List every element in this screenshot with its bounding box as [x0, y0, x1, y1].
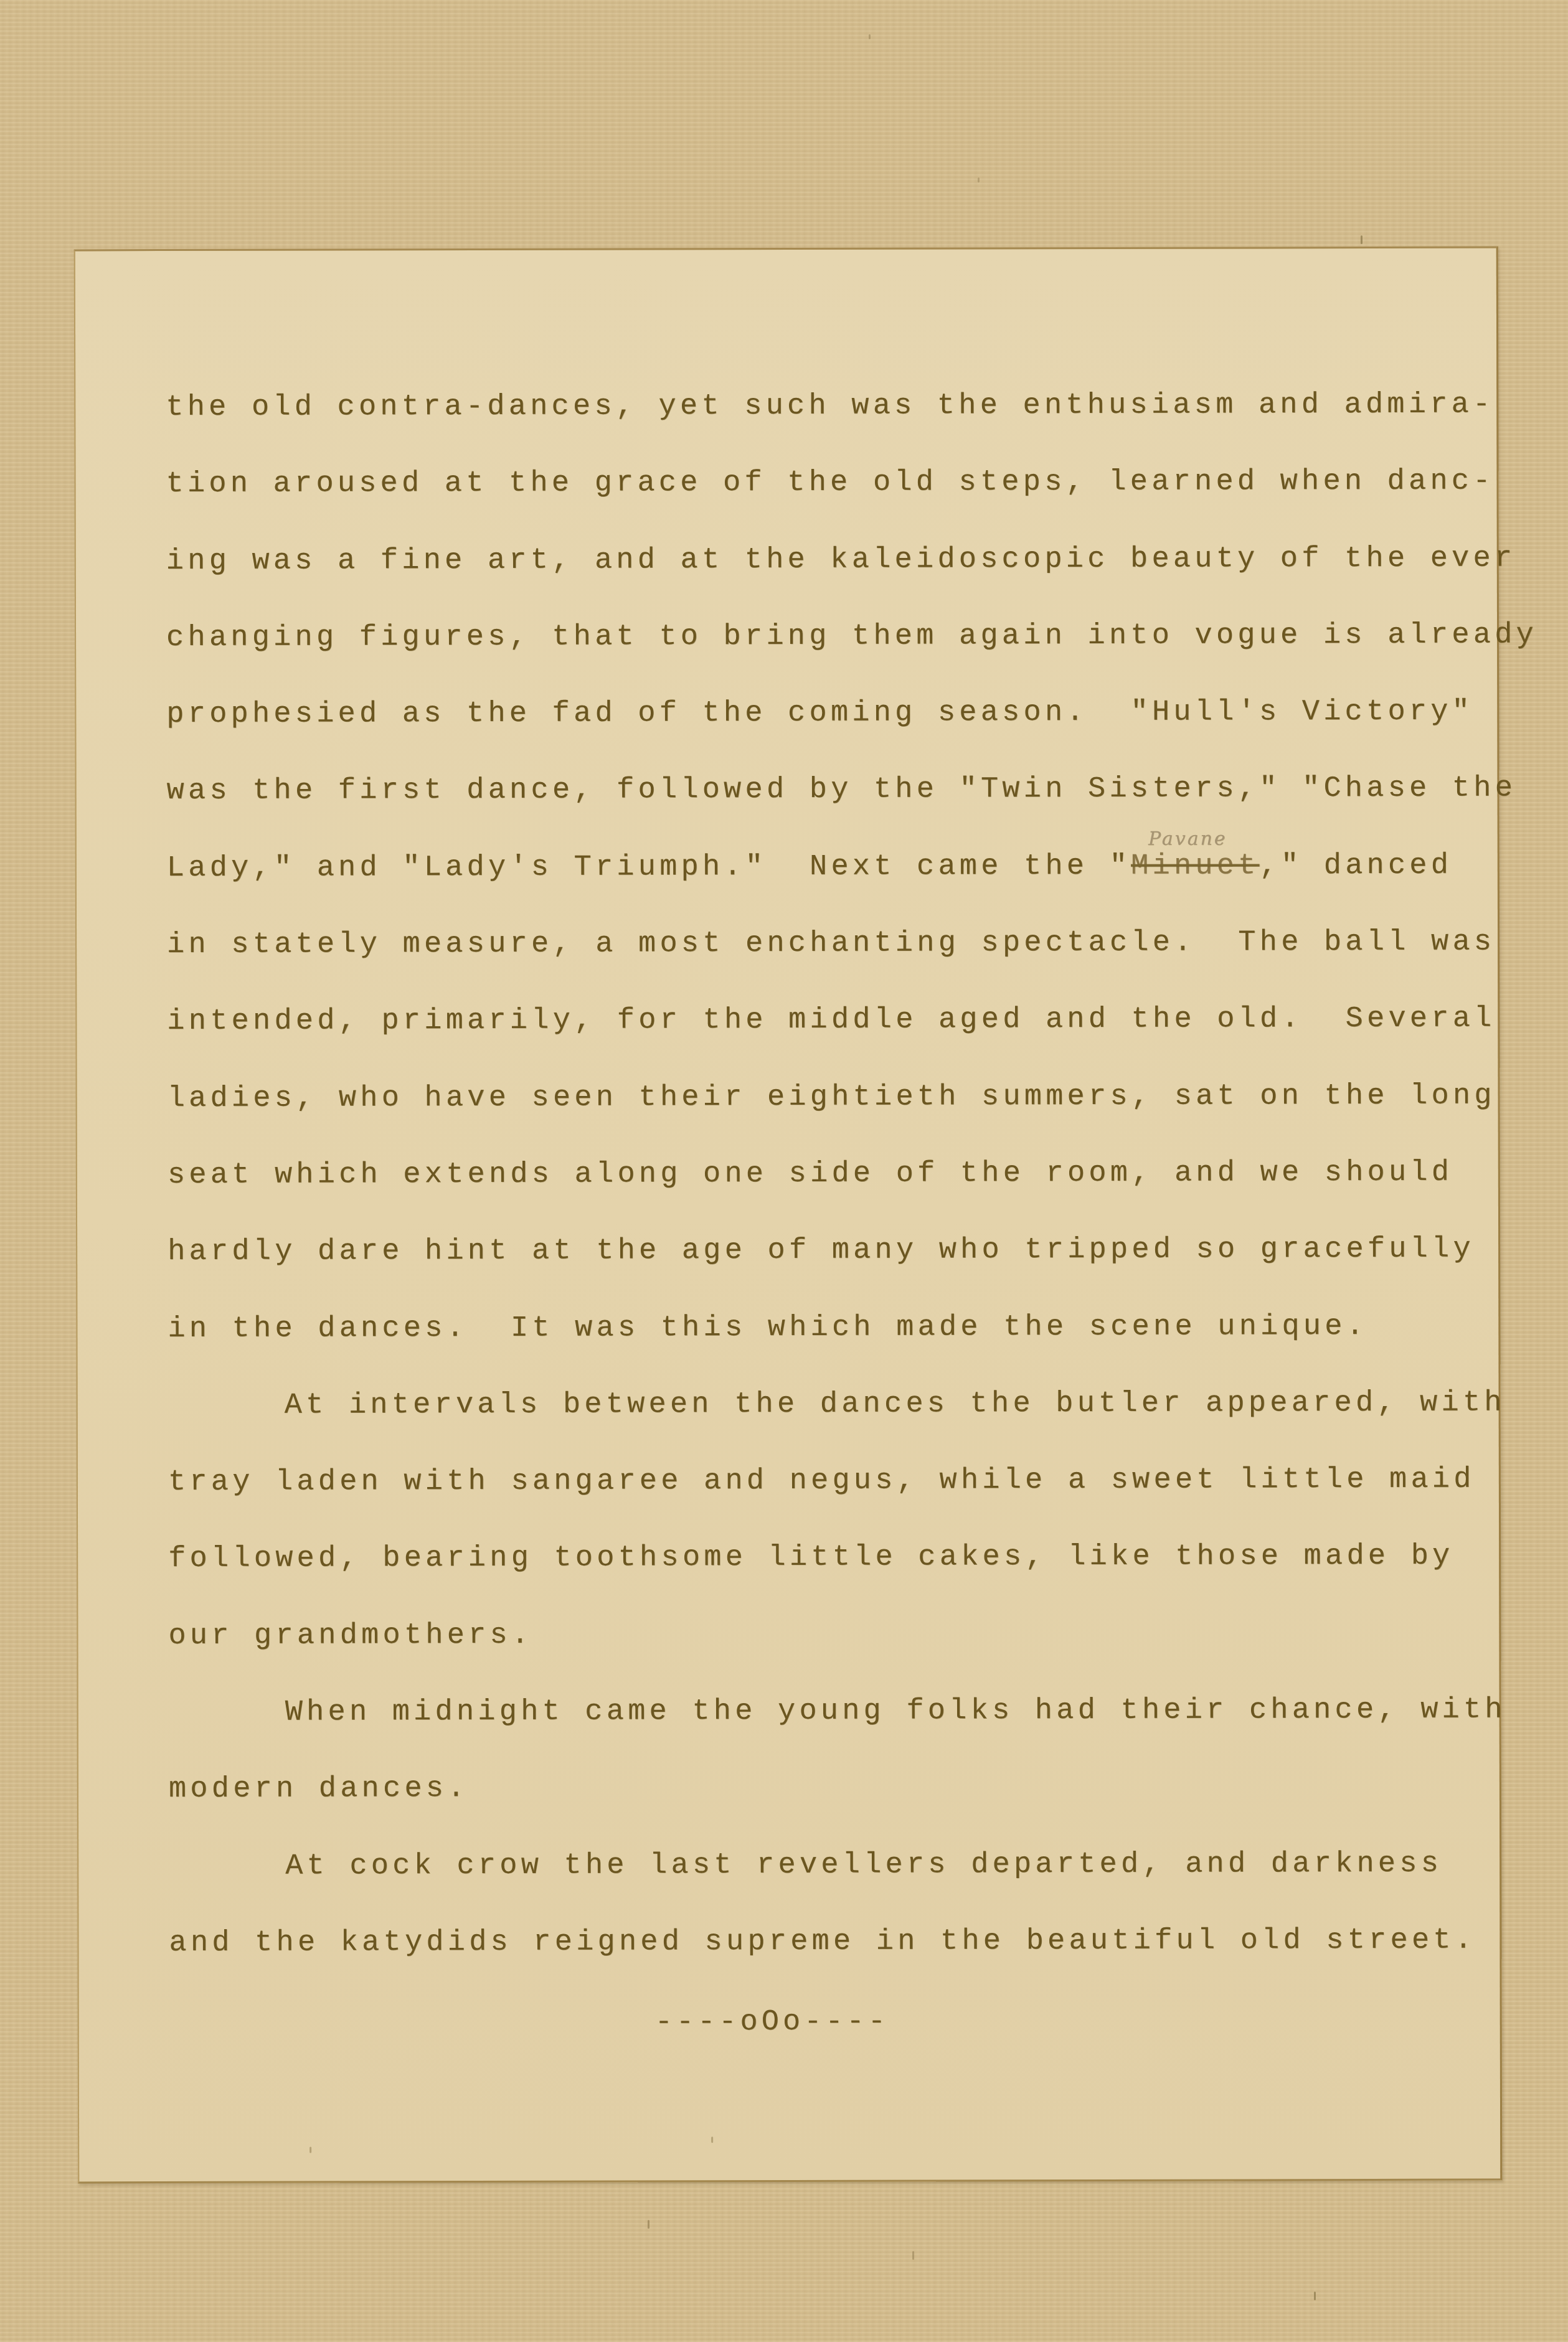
paragraph-start-line: At cock crow the last revellers departed…	[169, 1825, 1476, 1905]
text-line: prophesied as the fad of the coming seas…	[166, 674, 1474, 753]
text-line: tion aroused at the grace of the old ste…	[166, 443, 1473, 523]
text-line: modern dances.	[169, 1749, 1476, 1828]
paragraph-start-line: When midnight came the young folks had t…	[169, 1672, 1476, 1752]
text-line: our grandmothers.	[168, 1595, 1476, 1674]
mat-speck	[1361, 235, 1363, 244]
paper-speck	[711, 2137, 713, 2143]
mat-speck	[1314, 2292, 1316, 2300]
text-line: tray laden with sangaree and negus, whil…	[168, 1442, 1476, 1521]
corrected-word: PavaneMinuet	[1131, 828, 1260, 905]
paper-speck	[309, 2147, 311, 2153]
text-line: changing figures, that to bring them aga…	[166, 597, 1474, 677]
text-line: ladies, who have seen their eightieth su…	[167, 1057, 1475, 1137]
text-line: was the first dance, followed by the "Tw…	[166, 750, 1474, 830]
mat-speck	[978, 177, 980, 182]
text-line: the old contra-dances, yet such was the …	[166, 367, 1473, 446]
mat-speck	[869, 34, 871, 39]
mat-speck	[648, 2220, 649, 2229]
typescript-body: the old contra-dances, yet such was the …	[166, 367, 1476, 1982]
end-ornament: ----oOo----	[655, 2006, 889, 2039]
text-line: in stately measure, a most enchanting sp…	[167, 904, 1475, 984]
text-segment: ," danced	[1259, 849, 1452, 883]
text-line: ing was a fine art, and at the kaleidosc…	[166, 520, 1474, 600]
mat-speck	[912, 2251, 914, 2260]
text-segment: Lady," and "Lady's Triumph." Next came t…	[167, 850, 1131, 885]
text-line: in the dances. It was this which made th…	[168, 1288, 1475, 1367]
paragraph-start-line: At intervals between the dances the butl…	[168, 1365, 1476, 1445]
text-line-with-correction: Lady," and "Lady's Triumph." Next came t…	[167, 827, 1475, 907]
text-line: seat which extends along one side of the…	[168, 1135, 1475, 1214]
text-line: intended, primarily, for the middle aged…	[167, 981, 1475, 1060]
text-line: and the katydids reigned supreme in the …	[169, 1902, 1476, 1982]
handwritten-correction: Pavane	[1148, 800, 1227, 877]
typescript-page: the old contra-dances, yet such was the …	[74, 247, 1503, 2184]
text-line: followed, bearing toothsome little cakes…	[168, 1518, 1476, 1598]
text-line: hardly dare hint at the age of many who …	[168, 1211, 1475, 1291]
